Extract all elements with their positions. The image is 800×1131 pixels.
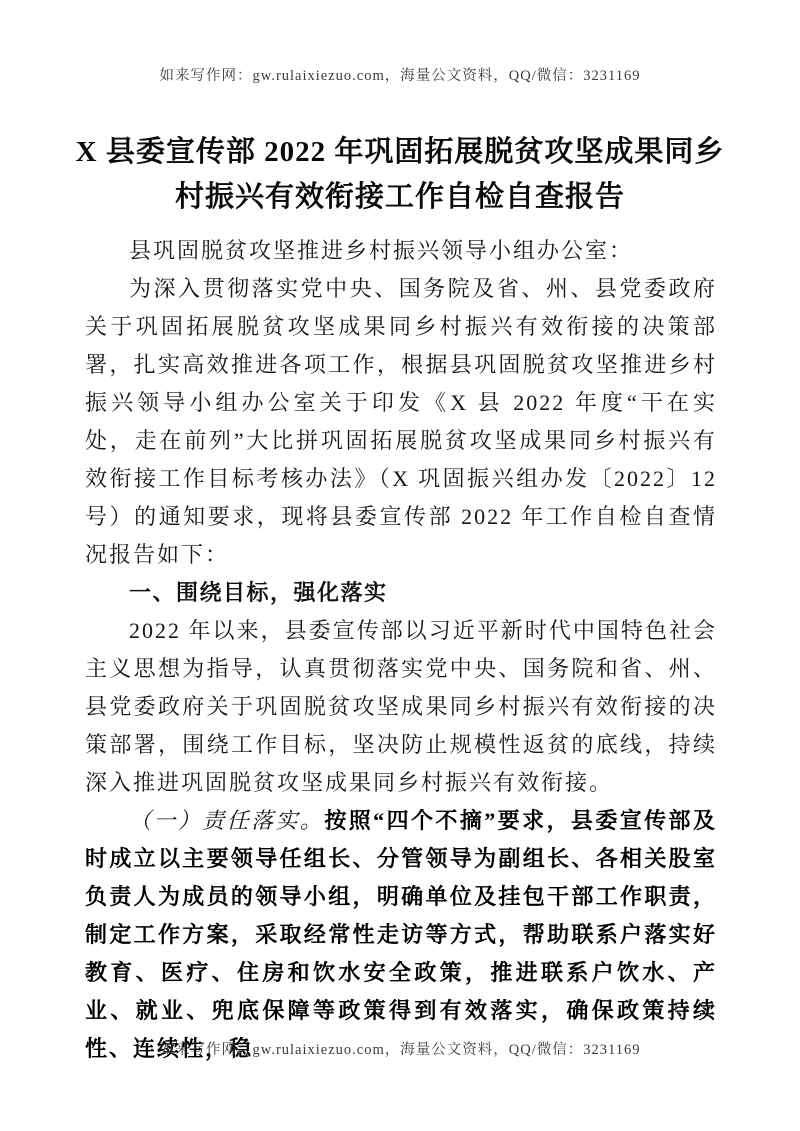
- header-note: 如来写作网：gw.rulaixiezuo.com，海量公文资料，QQ/微信：32…: [0, 64, 800, 85]
- salutation-line: 县巩固脱贫攻坚推进乡村振兴领导小组办公室：: [85, 232, 717, 270]
- item-1-label: （一）责任落实。: [129, 808, 324, 833]
- item-1-body: 按照“四个不摘”要求，县委宣传部及时成立以主要领导任组长、分管领导为副组长、各相…: [85, 808, 717, 1061]
- item-1-paragraph: （一）责任落实。按照“四个不摘”要求，县委宣传部及时成立以主要领导任组长、分管领…: [85, 802, 717, 1068]
- footer-note: 如来写作网：gw.rulaixiezuo.com，海量公文资料，QQ/微信：32…: [0, 1038, 800, 1059]
- section-1-body: 2022 年以来，县委宣传部以习近平新时代中国特色社会主义思想为指导，认真贯彻落…: [85, 612, 717, 802]
- document-body: 县巩固脱贫攻坚推进乡村振兴领导小组办公室： 为深入贯彻落实党中央、国务院及省、州…: [85, 232, 717, 1068]
- document-page: 如来写作网：gw.rulaixiezuo.com，海量公文资料，QQ/微信：32…: [0, 0, 800, 1131]
- paragraph-intro: 为深入贯彻落实党中央、国务院及省、州、县党委政府关于巩固拓展脱贫攻坚成果同乡村振…: [85, 270, 717, 574]
- section-1-heading: 一、围绕目标，强化落实: [85, 574, 717, 612]
- document-title: X 县委宣传部 2022 年巩固拓展脱贫攻坚成果同乡村振兴有效衔接工作自检自查报…: [64, 130, 736, 220]
